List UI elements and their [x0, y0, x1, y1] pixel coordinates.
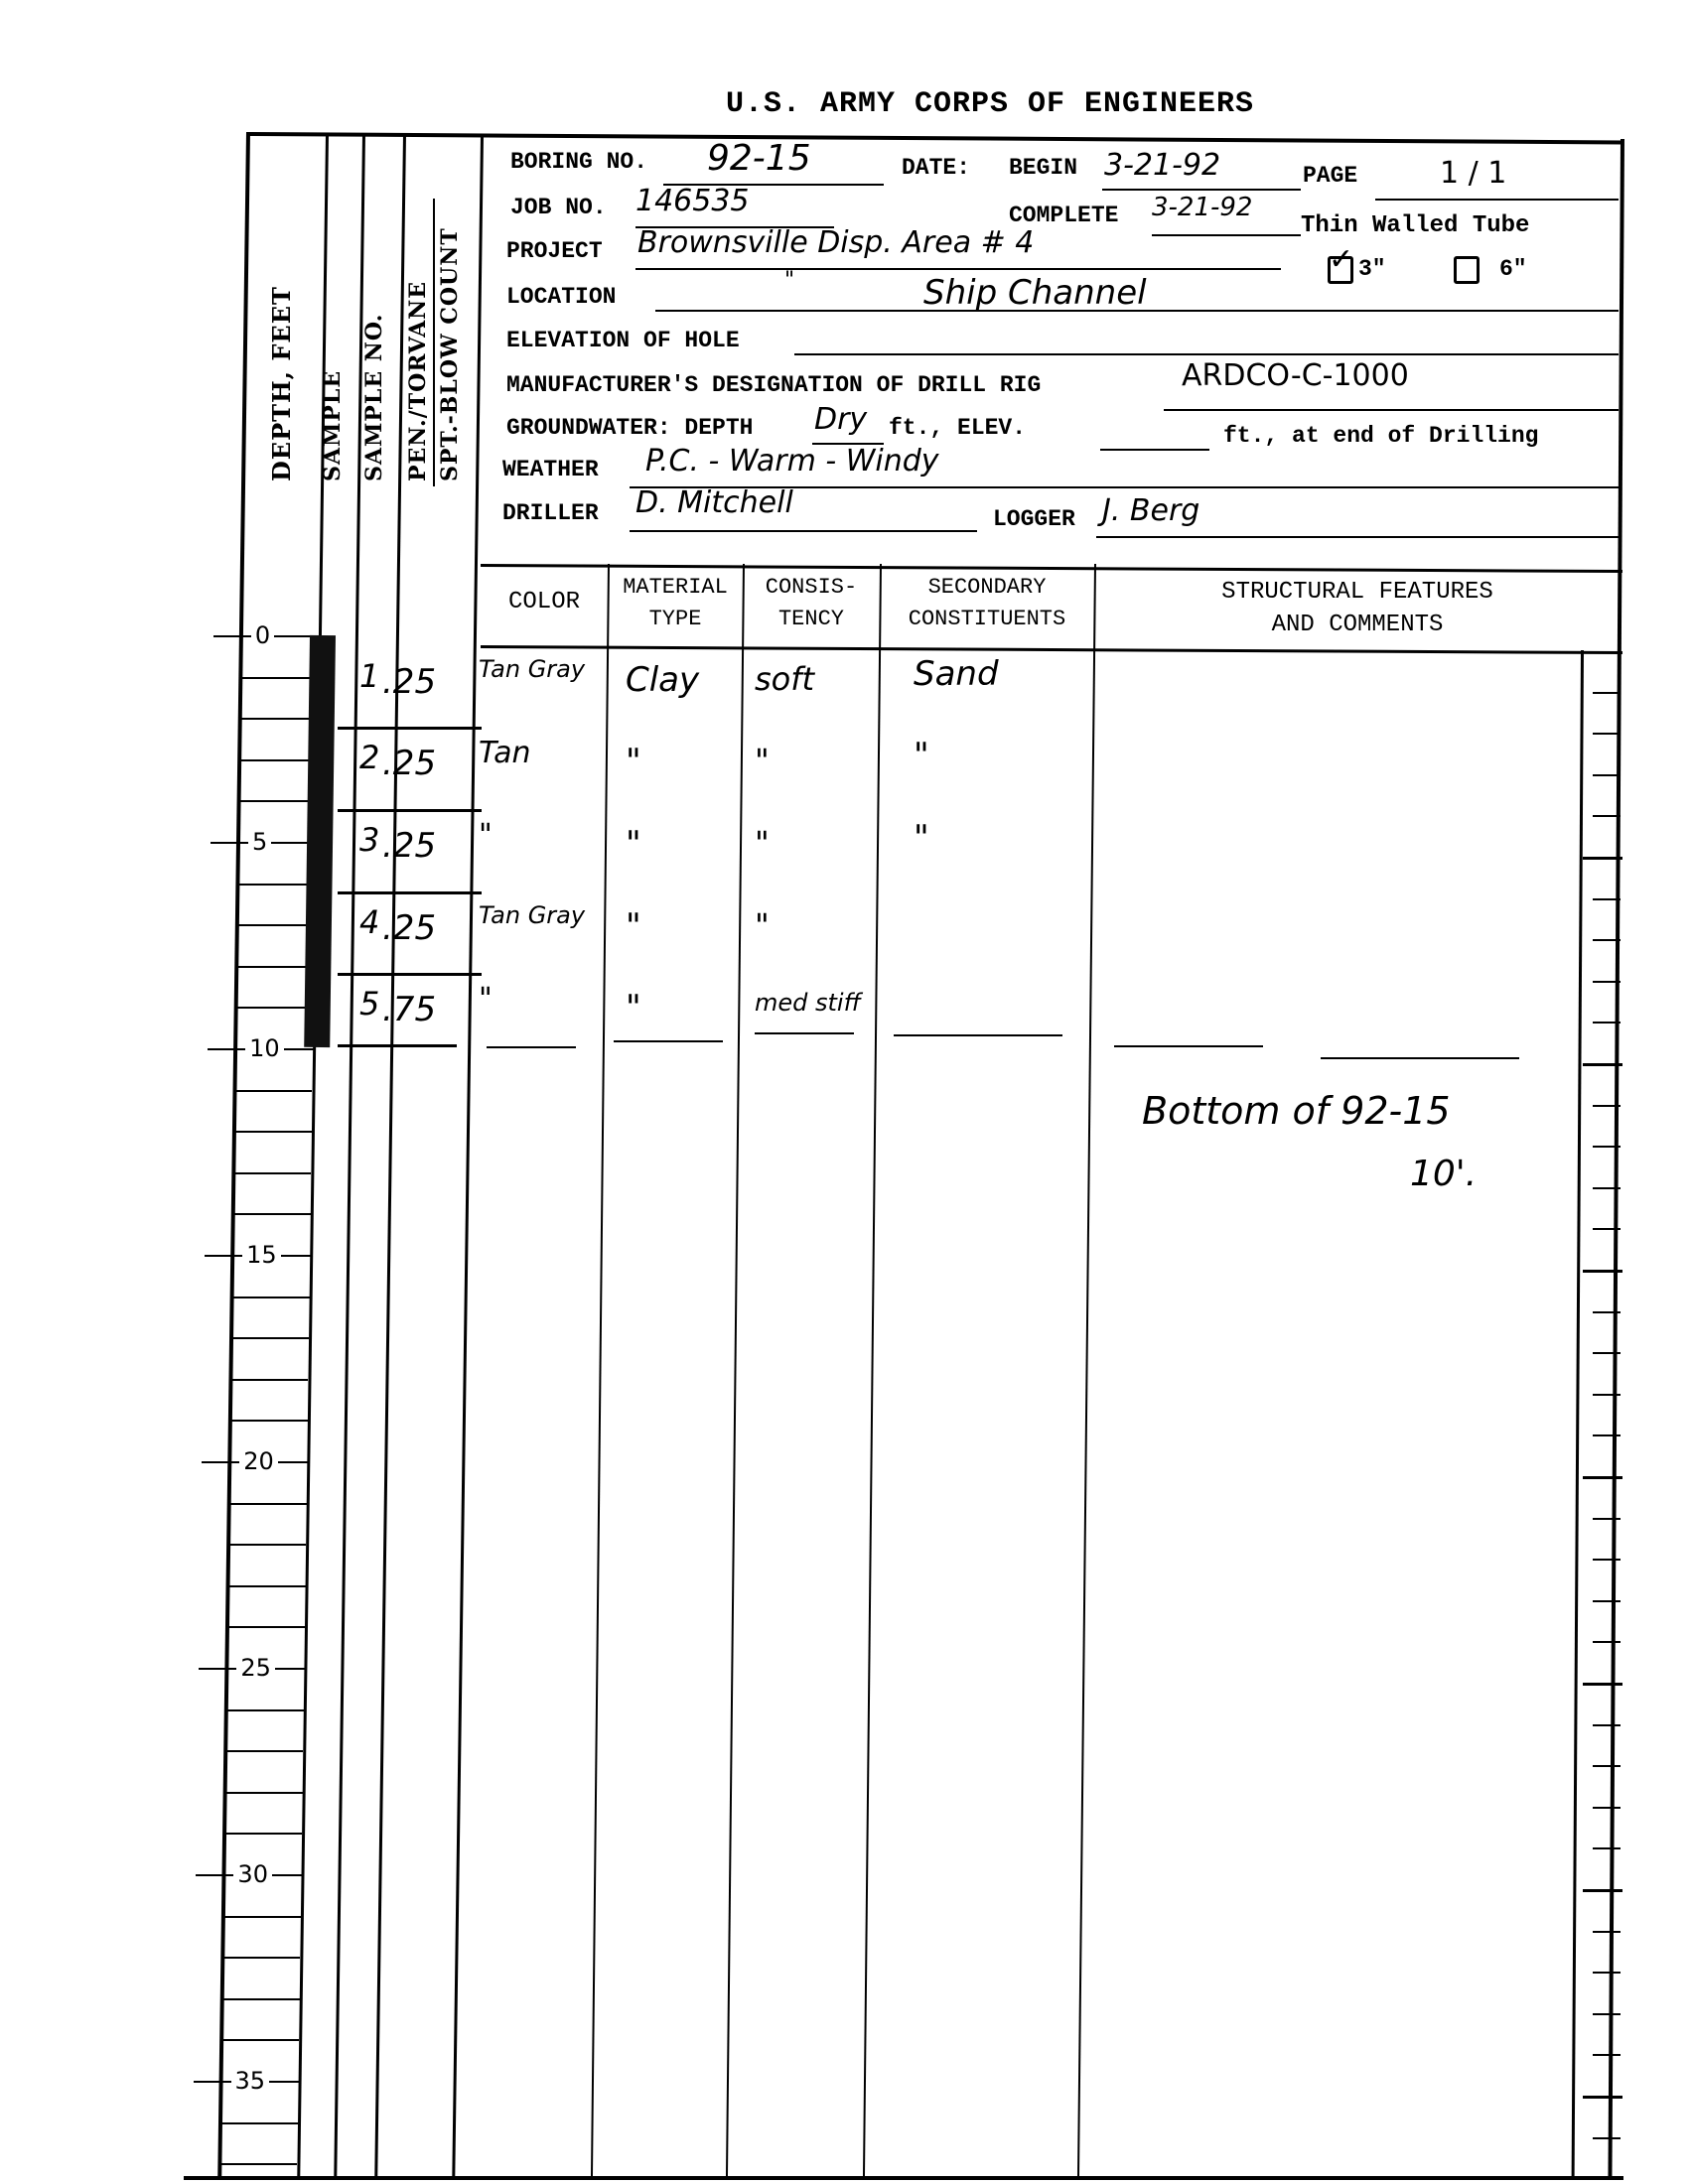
sample-color: Tan Gray	[479, 657, 585, 681]
depth-gridline	[232, 1297, 310, 1298]
right-scale-tick	[1593, 1765, 1621, 1767]
location-underline	[655, 310, 1619, 312]
tube-6in-label: 6"	[1499, 258, 1527, 281]
right-scale-tick	[1593, 1807, 1621, 1809]
col-material-type: MATERIAL TYPE	[608, 572, 743, 635]
sample-secondary: "	[914, 739, 929, 772]
right-scale-tick	[1593, 1228, 1621, 1230]
boring-no-label: BORING NO.	[510, 151, 647, 174]
depth-gridline	[231, 1337, 309, 1339]
date-label: DATE:	[902, 157, 970, 180]
depth-gridline	[230, 1420, 308, 1422]
end-line-secondary	[894, 1034, 1062, 1036]
sample-no: 4	[359, 906, 379, 938]
depth-gridline	[220, 2122, 298, 2124]
depth-tick-label: 15	[242, 1243, 281, 1267]
job-no-label: JOB NO.	[510, 197, 607, 219]
divider-right-scale	[1572, 650, 1584, 2177]
begin-underline	[1102, 189, 1301, 191]
right-scale-tick	[1593, 1434, 1621, 1436]
depth-tick-label: 20	[239, 1449, 278, 1473]
depth-gridline	[228, 1585, 306, 1587]
tube-6in-checkbox[interactable]	[1454, 256, 1480, 284]
sample-consistency: soft	[755, 663, 814, 695]
header-fraction-bar	[433, 199, 435, 486]
sample-consistency: "	[755, 827, 770, 859]
ft-elev-label: ft., ELEV.	[889, 417, 1026, 440]
right-scale-tick	[1593, 1187, 1621, 1189]
sample-material: "	[626, 827, 641, 861]
location-ditto: "	[784, 270, 794, 292]
right-scale-tick	[1593, 733, 1621, 735]
depth-gridline	[225, 1792, 303, 1794]
end-line-color	[487, 1046, 576, 1048]
depth-tick-label: 30	[233, 1862, 272, 1886]
header-depth-feet: DEPTH, FEET	[270, 286, 294, 481]
frame-right	[1608, 139, 1624, 2179]
right-scale-major-tick	[1583, 1476, 1622, 1479]
depth-gridline	[236, 1007, 314, 1009]
divider-consistency	[863, 564, 882, 2177]
sample-color: Tan Gray	[479, 903, 585, 927]
depth-gridline	[233, 1172, 311, 1174]
tube-3in-checkbox[interactable]: ✓	[1328, 256, 1353, 284]
right-scale-tick	[1593, 1105, 1621, 1107]
sample-pen: .25	[382, 747, 436, 780]
right-scale-tick	[1593, 981, 1621, 983]
right-scale-major-tick	[1583, 1063, 1622, 1066]
sample-shading	[304, 635, 336, 1047]
right-scale-tick	[1593, 1847, 1621, 1849]
col-color: COLOR	[481, 586, 608, 618]
complete-label: COMPLETE	[1009, 205, 1118, 227]
right-scale-tick	[1593, 1518, 1621, 1520]
col-consistency-line2: TENCY	[743, 604, 880, 635]
sample-material: "	[626, 991, 641, 1024]
depth-gridline	[237, 924, 315, 926]
depth-tick-label: 10	[245, 1036, 284, 1060]
depth-gridline	[225, 1750, 303, 1752]
right-scale-major-tick	[1583, 2096, 1622, 2099]
header-pen-torvane: PEN./TORVANE	[407, 281, 429, 481]
depth-tick-label: 0	[251, 623, 274, 647]
right-scale-tick	[1593, 2054, 1621, 2056]
header-sample-no: SAMPLE NO.	[363, 314, 385, 481]
weather-label: WEATHER	[502, 459, 599, 481]
sample-pen: .25	[382, 665, 436, 699]
sample-pen: .25	[382, 911, 436, 945]
depth-gridline	[233, 1213, 311, 1215]
depth-gridline	[224, 1833, 302, 1835]
depth-gridline	[237, 884, 315, 886]
col-structural-line2: AND COMMENTS	[1094, 609, 1621, 641]
logger-label: LOGGER	[993, 508, 1075, 531]
depth-gridline	[227, 1626, 305, 1628]
boring-no-field[interactable]: 92-15	[707, 141, 811, 177]
right-scale-tick	[1593, 1022, 1621, 1024]
weather-field[interactable]: P.C. - Warm - Windy	[645, 447, 939, 477]
depth-gridline	[221, 2039, 299, 2041]
header-sample: SAMPLE	[322, 370, 344, 481]
comment-line-1: Bottom of 92-15	[1142, 1092, 1451, 1130]
logger-underline	[1096, 536, 1619, 538]
tube-label: Thin Walled Tube	[1301, 214, 1529, 238]
groundwater-depth-field[interactable]: Dry	[814, 405, 867, 435]
depth-gridline	[223, 1916, 301, 1918]
project-underline	[635, 268, 1281, 270]
depth-gridline	[222, 1998, 300, 2000]
driller-field[interactable]: D. Mitchell	[635, 488, 793, 518]
end-line-comments-2	[1321, 1057, 1519, 1059]
drill-rig-label: MANUFACTURER'S DESIGNATION OF DRILL RIG	[506, 374, 1041, 397]
sample-color: Tan	[479, 739, 531, 768]
logger-field[interactable]: J. Berg	[1102, 496, 1199, 526]
col-consistency-line1: CONSIS-	[743, 572, 880, 604]
right-scale-tick	[1593, 1352, 1621, 1354]
divider-secondary	[1077, 564, 1096, 2177]
column-header-bottom-line	[481, 645, 1622, 654]
sample-no: 2	[359, 742, 379, 773]
groundwater-elev-underline	[1100, 449, 1209, 451]
right-scale-tick	[1593, 692, 1621, 694]
divider-color	[591, 564, 610, 2177]
sample-secondary: "	[914, 821, 929, 855]
sample-row-divider	[338, 727, 482, 730]
drill-rig-underline	[1164, 409, 1619, 411]
sample-no: 1	[359, 660, 379, 692]
divider-material	[726, 564, 745, 2177]
sample-consistency: "	[755, 909, 770, 941]
drill-rig-field[interactable]: ARDCO-C-1000	[1182, 361, 1409, 391]
frame-bottom	[184, 2176, 1623, 2180]
page-label: PAGE	[1303, 165, 1357, 188]
frame-top	[248, 132, 1623, 144]
begin-date-field[interactable]: 3-21-92	[1104, 151, 1220, 181]
depth-gridline	[219, 2163, 297, 2165]
sample-row-divider	[338, 1044, 457, 1047]
col-consistency: CONSIS- TENCY	[743, 572, 880, 635]
depth-tick-label: 35	[231, 2069, 270, 2093]
depth-gridline	[234, 1131, 312, 1133]
depth-gridline	[240, 718, 318, 720]
col-secondary-line2: CONSTITUENTS	[880, 604, 1094, 635]
right-scale-major-tick	[1583, 1270, 1622, 1273]
right-scale-tick	[1593, 1724, 1621, 1726]
sample-material: "	[626, 745, 641, 778]
document-title: U.S. ARMY CORPS OF ENGINEERS	[0, 87, 1692, 121]
depth-gridline	[228, 1544, 306, 1546]
page-underline	[1375, 199, 1619, 201]
col-material-line1: MATERIAL	[608, 572, 743, 604]
complete-date-field[interactable]: 3-21-92	[1152, 195, 1252, 220]
sample-no: 3	[359, 824, 379, 856]
header-spt-blow-count: SPT.-BLOW COUNT	[439, 227, 461, 481]
sample-no: 5	[359, 988, 379, 1020]
end-line-consistency	[755, 1032, 854, 1034]
depth-gridline	[230, 1379, 308, 1381]
right-scale-major-tick	[1583, 1889, 1622, 1892]
complete-underline	[1152, 234, 1301, 236]
depth-tick-label: 5	[248, 830, 271, 854]
comment-line-2: 10'.	[1410, 1157, 1477, 1192]
right-scale-tick	[1593, 1559, 1621, 1561]
sample-material: "	[626, 909, 641, 943]
end-of-drilling-label: ft., at end of Drilling	[1223, 425, 1538, 448]
col-structural-line1: STRUCTURAL FEATURES	[1094, 576, 1621, 609]
driller-underline	[630, 530, 977, 532]
right-scale-tick	[1593, 939, 1621, 941]
right-scale-tick	[1593, 2013, 1621, 2015]
right-scale-tick	[1593, 1146, 1621, 1148]
location-field[interactable]: Ship Channel	[923, 276, 1147, 310]
right-scale-tick	[1593, 1600, 1621, 1602]
sample-material: Clay	[626, 663, 699, 697]
right-scale-tick	[1593, 1311, 1621, 1313]
location-label: LOCATION	[506, 286, 616, 309]
col-structural-features: STRUCTURAL FEATURES AND COMMENTS	[1094, 576, 1621, 641]
right-scale-tick	[1593, 774, 1621, 776]
project-label: PROJECT	[506, 240, 603, 263]
right-scale-major-tick	[1583, 1683, 1622, 1686]
sample-row-divider	[338, 891, 482, 894]
depth-gridline	[239, 800, 317, 802]
depth-gridline	[234, 1090, 312, 1092]
depth-gridline	[222, 1957, 300, 1959]
right-scale-tick	[1593, 898, 1621, 900]
depth-gridline	[226, 1709, 304, 1711]
right-scale-tick	[1593, 1972, 1621, 1974]
sample-color: "	[479, 985, 493, 1015]
sample-color: "	[479, 821, 493, 851]
sample-row-divider	[338, 973, 482, 976]
right-scale-tick	[1593, 1931, 1621, 1933]
sample-consistency: "	[755, 745, 770, 776]
depth-tick-label: 25	[236, 1656, 275, 1680]
tube-3in-label: 3"	[1358, 258, 1386, 281]
elevation-underline	[794, 353, 1619, 355]
right-scale-tick	[1593, 1641, 1621, 1643]
col-secondary-line1: SECONDARY	[880, 572, 1094, 604]
depth-gridline	[240, 677, 318, 679]
sample-pen: .75	[382, 993, 436, 1026]
job-no-field[interactable]: 146535	[635, 187, 750, 216]
right-scale-tick	[1593, 2137, 1621, 2139]
depth-gridline	[229, 1503, 307, 1505]
sample-pen: .25	[382, 829, 436, 863]
sample-consistency: med stiff	[755, 991, 861, 1015]
right-scale-tick	[1593, 815, 1621, 817]
begin-label: BEGIN	[1009, 157, 1077, 180]
depth-gridline	[239, 759, 317, 761]
end-line-comments-1	[1114, 1045, 1263, 1047]
driller-label: DRILLER	[502, 502, 599, 525]
col-secondary-constituents: SECONDARY CONSTITUENTS	[880, 572, 1094, 635]
depth-gridline	[236, 966, 314, 968]
sample-secondary: Sand	[914, 657, 999, 691]
right-scale-major-tick	[1583, 857, 1622, 860]
end-line-material	[614, 1040, 723, 1042]
check-mark-icon: ✓	[1329, 245, 1353, 275]
right-scale-tick	[1593, 1394, 1621, 1396]
page-field[interactable]: 1 / 1	[1440, 159, 1506, 189]
elevation-label: ELEVATION OF HOLE	[506, 330, 740, 352]
groundwater-label: GROUNDWATER: DEPTH	[506, 417, 753, 440]
sample-row-divider	[338, 809, 482, 812]
project-field[interactable]: Brownsville Disp. Area # 4	[637, 228, 1034, 258]
col-material-line2: TYPE	[608, 604, 743, 635]
